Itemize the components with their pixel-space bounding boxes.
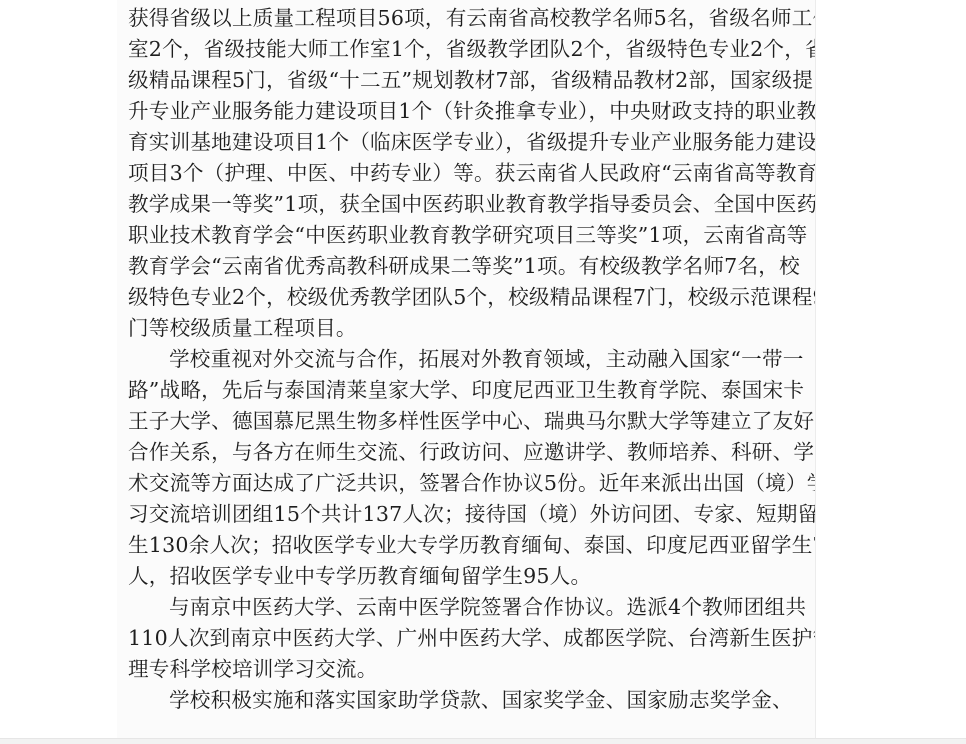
text-line: 级特色专业2个，校级优秀教学团队5个，校级精品课程7门，校级示范课程9 [128,282,814,313]
text-line: 门等校级质量工程项目。 [128,313,814,344]
text-line: 升专业产业服务能力建设项目1个（针灸推拿专业），中央财政支持的职业教 [128,96,814,127]
text-line: 110人次到南京中医药大学、广州中医药大学、成都医学院、台湾新生医护管 [128,623,814,654]
text-line: 理专科学校培训学习交流。 [128,654,814,685]
text-line: 获得省级以上质量工程项目56项，有云南省高校教学名师5名，省级名师工作 [128,3,814,34]
text-line: 室2个，省级技能大师工作室1个，省级教学团队2个，省级特色专业2个，省 [128,34,814,65]
page-bottom-edge [0,738,966,744]
paragraph-start-line: 与南京中医药大学、云南中医学院签署合作协议。选派4个教师团组共 [128,592,814,623]
text-line: 项目3个（护理、中医、中药专业）等。获云南省人民政府“云南省高等教育 [128,158,814,189]
document-body: 获得省级以上质量工程项目56项，有云南省高校教学名师5名，省级名师工作 室2个，… [128,3,814,716]
paragraph-start-line: 学校重视对外交流与合作，拓展对外教育领域，主动融入国家“一带一 [128,344,814,375]
text-line: 术交流等方面达成了广泛共识，签署合作协议5份。近年来派出出国（境）学 [128,468,814,499]
text-line: 教育学会“云南省优秀高教科研成果二等奖”1项。有校级教学名师7名，校 [128,251,814,282]
paragraph-start-line: 学校积极实施和落实国家助学贷款、国家奖学金、国家励志奖学金、 [128,685,814,716]
text-line: 级精品课程5门，省级“十二五”规划教材7部，省级精品教材2部，国家级提 [128,65,814,96]
text-line: 路”战略，先后与泰国清莱皇家大学、印度尼西亚卫生教育学院、泰国宋卡 [128,375,814,406]
text-line: 习交流培训团组15个共计137人次；接待国（境）外访问团、专家、短期留学 [128,499,814,530]
text-line: 人，招收医学专业中专学历教育缅甸留学生95人。 [128,561,814,592]
text-line: 王子大学、德国慕尼黑生物多样性医学中心、瑞典马尔默大学等建立了友好 [128,406,814,437]
text-line: 职业技术教育学会“中医药职业教育教学研究项目三等奖”1项，云南省高等 [128,220,814,251]
text-line: 合作关系，与各方在师生交流、行政访问、应邀讲学、教师培养、科研、学 [128,437,814,468]
text-line: 生130余人次；招收医学专业大专学历教育缅甸、泰国、印度尼西亚留学生75 [128,530,814,561]
text-line: 育实训基地建设项目1个（临床医学专业），省级提升专业产业服务能力建设 [128,127,814,158]
document-page: 获得省级以上质量工程项目56项，有云南省高校教学名师5名，省级名师工作 室2个，… [117,0,816,738]
text-line: 教学成果一等奖”1项，获全国中医药职业教育教学指导委员会、全国中医药 [128,189,814,220]
